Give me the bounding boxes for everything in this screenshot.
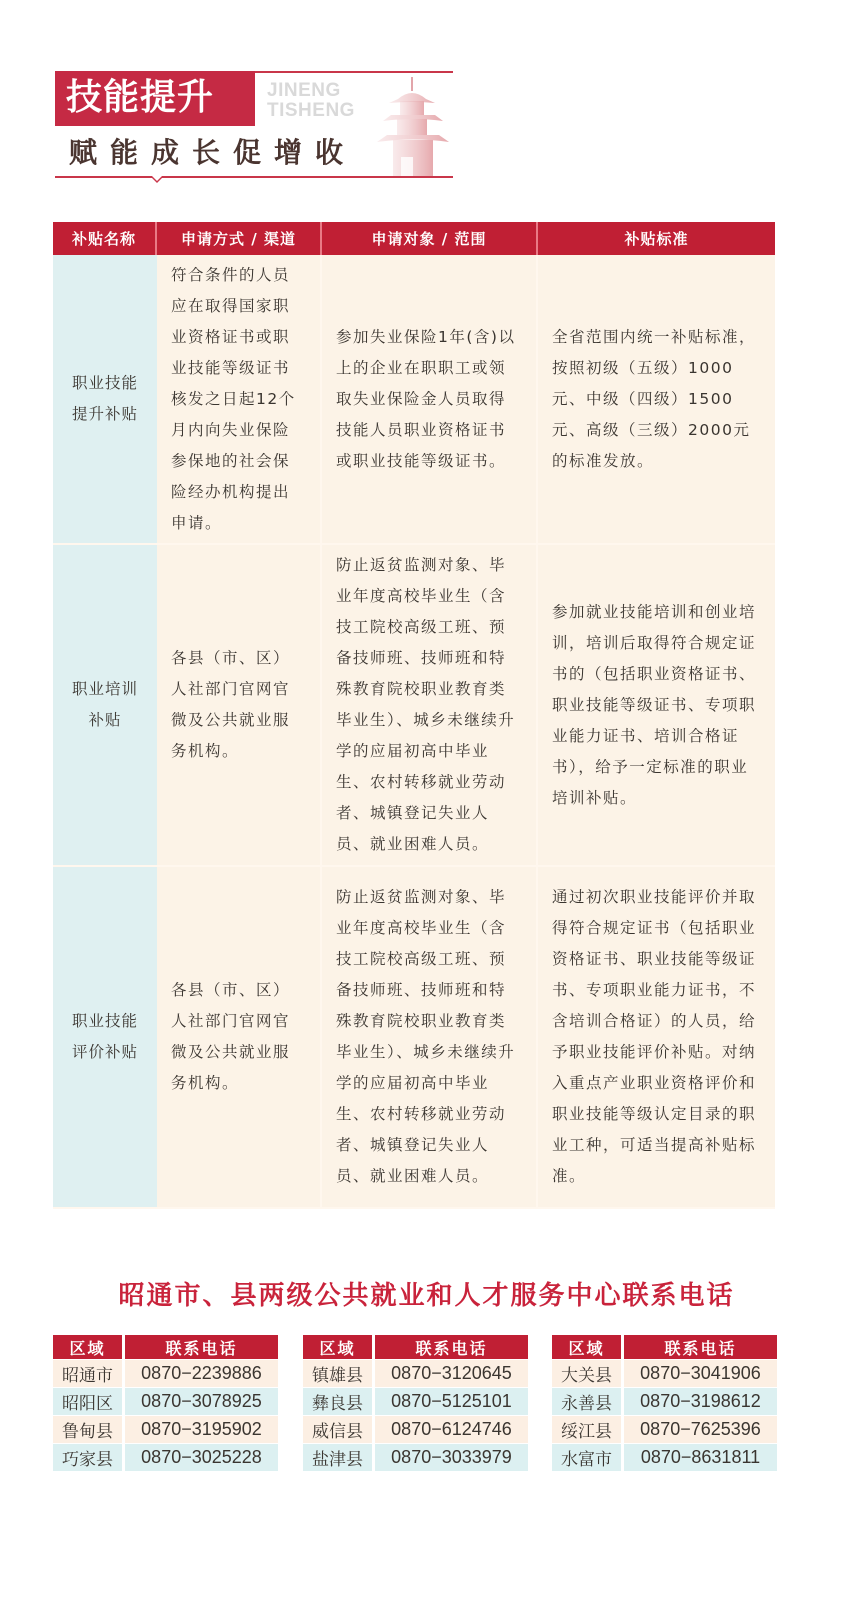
region: 昭通市 bbox=[53, 1359, 125, 1387]
region: 威信县 bbox=[303, 1415, 375, 1443]
phone: 0870−3198612 bbox=[624, 1387, 777, 1415]
table-row: 职业技能 评价补贴 各县（市、区）人社部门官网官微及公共就业服务机构。 防止返贫… bbox=[53, 867, 775, 1209]
region: 巧家县 bbox=[53, 1443, 125, 1471]
subsidy-name-text: 职业培训 补贴 bbox=[72, 680, 138, 729]
banner-slogan: 赋能成长促增收 bbox=[69, 137, 356, 169]
subsidy-standard: 参加就业技能培训和创业培训，培训后取得符合规定证书的（包括职业资格证书、职业技能… bbox=[538, 545, 775, 867]
table-row: 职业培训 补贴 各县（市、区）人社部门官网官微及公共就业服务机构。 防止返贫监测… bbox=[53, 545, 775, 867]
subsidy-standard: 全省范围内统一补贴标准，按照初级（五级）1000元、中级（四级）1500元、高级… bbox=[538, 255, 775, 545]
subsidy-target: 参加失业保险1年(含)以上的企业在职职工或领取失业保险金人员取得技能人员职业资格… bbox=[322, 255, 538, 545]
contact-row: 昭通市0870−2239886 bbox=[53, 1359, 278, 1387]
col-header-channel: 申请方式 / 渠道 bbox=[157, 222, 322, 255]
phone: 0870−3195902 bbox=[125, 1415, 278, 1443]
phone: 0870−6124746 bbox=[375, 1415, 528, 1443]
phone: 0870−2239886 bbox=[125, 1359, 278, 1387]
banner-bottom-rule bbox=[55, 176, 453, 178]
contact-table-3: 区域联系电话 大关县0870−3041906 永善县0870−3198612 绥… bbox=[552, 1335, 777, 1471]
banner-notch-inner bbox=[152, 176, 162, 181]
col-header-phone: 联系电话 bbox=[624, 1335, 777, 1359]
subsidy-table-header: 补贴名称 申请方式 / 渠道 申请对象 / 范围 补贴标准 bbox=[53, 222, 775, 255]
col-header-region: 区域 bbox=[552, 1335, 624, 1359]
col-header-region: 区域 bbox=[303, 1335, 375, 1359]
banner-pinyin: JINENG TISHENG bbox=[267, 81, 355, 121]
phone: 0870−3033979 bbox=[375, 1443, 528, 1471]
contact-row: 巧家县0870−3025228 bbox=[53, 1443, 278, 1471]
col-header-phone: 联系电话 bbox=[375, 1335, 528, 1359]
subsidy-channel: 符合条件的人员应在取得国家职业资格证书或职业技能等级证书核发之日起12个月内向失… bbox=[157, 255, 322, 545]
phone: 0870−8631811 bbox=[624, 1443, 777, 1471]
contact-row: 鲁甸县0870−3195902 bbox=[53, 1415, 278, 1443]
subsidy-channel: 各县（市、区）人社部门官网官微及公共就业服务机构。 bbox=[157, 545, 322, 867]
contact-row: 彝良县0870−5125101 bbox=[303, 1387, 528, 1415]
contact-table-2: 区域联系电话 镇雄县0870−3120645 彝良县0870−5125101 威… bbox=[303, 1335, 528, 1471]
subsidy-name-text: 职业技能 评价补贴 bbox=[72, 1012, 138, 1061]
pagoda-icon bbox=[373, 77, 453, 177]
region: 大关县 bbox=[552, 1359, 624, 1387]
region: 永善县 bbox=[552, 1387, 624, 1415]
phone: 0870−3041906 bbox=[624, 1359, 777, 1387]
subsidy-table: 补贴名称 申请方式 / 渠道 申请对象 / 范围 补贴标准 职业技能 提升补贴 … bbox=[53, 222, 775, 1209]
region: 鲁甸县 bbox=[53, 1415, 125, 1443]
subsidy-target: 防止返贫监测对象、毕业年度高校毕业生（含技工院校高级工班、预备技师班、技师班和特… bbox=[322, 867, 538, 1209]
pinyin-line-1: JINENG bbox=[267, 81, 355, 101]
contact-row: 大关县0870−3041906 bbox=[552, 1359, 777, 1387]
col-header-region: 区域 bbox=[53, 1335, 125, 1359]
region: 盐津县 bbox=[303, 1443, 375, 1471]
contact-row: 水富市0870−8631811 bbox=[552, 1443, 777, 1471]
contact-row: 盐津县0870−3033979 bbox=[303, 1443, 528, 1471]
phone: 0870−3025228 bbox=[125, 1443, 278, 1471]
col-header-standard: 补贴标准 bbox=[538, 222, 775, 255]
contact-table-1: 区域联系电话 昭通市0870−2239886 昭阳区0870−3078925 鲁… bbox=[53, 1335, 278, 1471]
subsidy-standard: 通过初次职业技能评价并取得符合规定证书（包括职业资格证书、职业技能等级证书、专项… bbox=[538, 867, 775, 1209]
region: 绥江县 bbox=[552, 1415, 624, 1443]
phone: 0870−5125101 bbox=[375, 1387, 528, 1415]
contacts-title: 昭通市、县两级公共就业和人才服务中心联系电话 bbox=[0, 1275, 853, 1312]
contact-row: 绥江县0870−7625396 bbox=[552, 1415, 777, 1443]
col-header-phone: 联系电话 bbox=[125, 1335, 278, 1359]
region: 水富市 bbox=[552, 1443, 624, 1471]
phone: 0870−3120645 bbox=[375, 1359, 528, 1387]
contact-row: 镇雄县0870−3120645 bbox=[303, 1359, 528, 1387]
pinyin-line-2: TISHENG bbox=[267, 101, 355, 121]
banner-title-box: 技能提升 bbox=[55, 71, 255, 126]
phone: 0870−3078925 bbox=[125, 1387, 278, 1415]
region: 彝良县 bbox=[303, 1387, 375, 1415]
table-row: 职业技能 提升补贴 符合条件的人员应在取得国家职业资格证书或职业技能等级证书核发… bbox=[53, 255, 775, 545]
col-header-target: 申请对象 / 范围 bbox=[322, 222, 538, 255]
subsidy-target: 防止返贫监测对象、毕业年度高校毕业生（含技工院校高级工班、预备技师班、技师班和特… bbox=[322, 545, 538, 867]
subsidy-name: 职业培训 补贴 bbox=[53, 545, 157, 867]
contact-row: 昭阳区0870−3078925 bbox=[53, 1387, 278, 1415]
col-header-name: 补贴名称 bbox=[53, 222, 157, 255]
subsidy-name: 职业技能 评价补贴 bbox=[53, 867, 157, 1209]
region: 昭阳区 bbox=[53, 1387, 125, 1415]
banner-title: 技能提升 bbox=[66, 77, 214, 119]
contact-row: 威信县0870−6124746 bbox=[303, 1415, 528, 1443]
phone: 0870−7625396 bbox=[624, 1415, 777, 1443]
contact-row: 永善县0870−3198612 bbox=[552, 1387, 777, 1415]
subsidy-channel: 各县（市、区）人社部门官网官微及公共就业服务机构。 bbox=[157, 867, 322, 1209]
section-banner: 技能提升 JINENG TISHENG 赋能成长促增收 bbox=[55, 71, 453, 184]
subsidy-name-text: 职业技能 提升补贴 bbox=[72, 374, 138, 423]
region: 镇雄县 bbox=[303, 1359, 375, 1387]
subsidy-name: 职业技能 提升补贴 bbox=[53, 255, 157, 545]
